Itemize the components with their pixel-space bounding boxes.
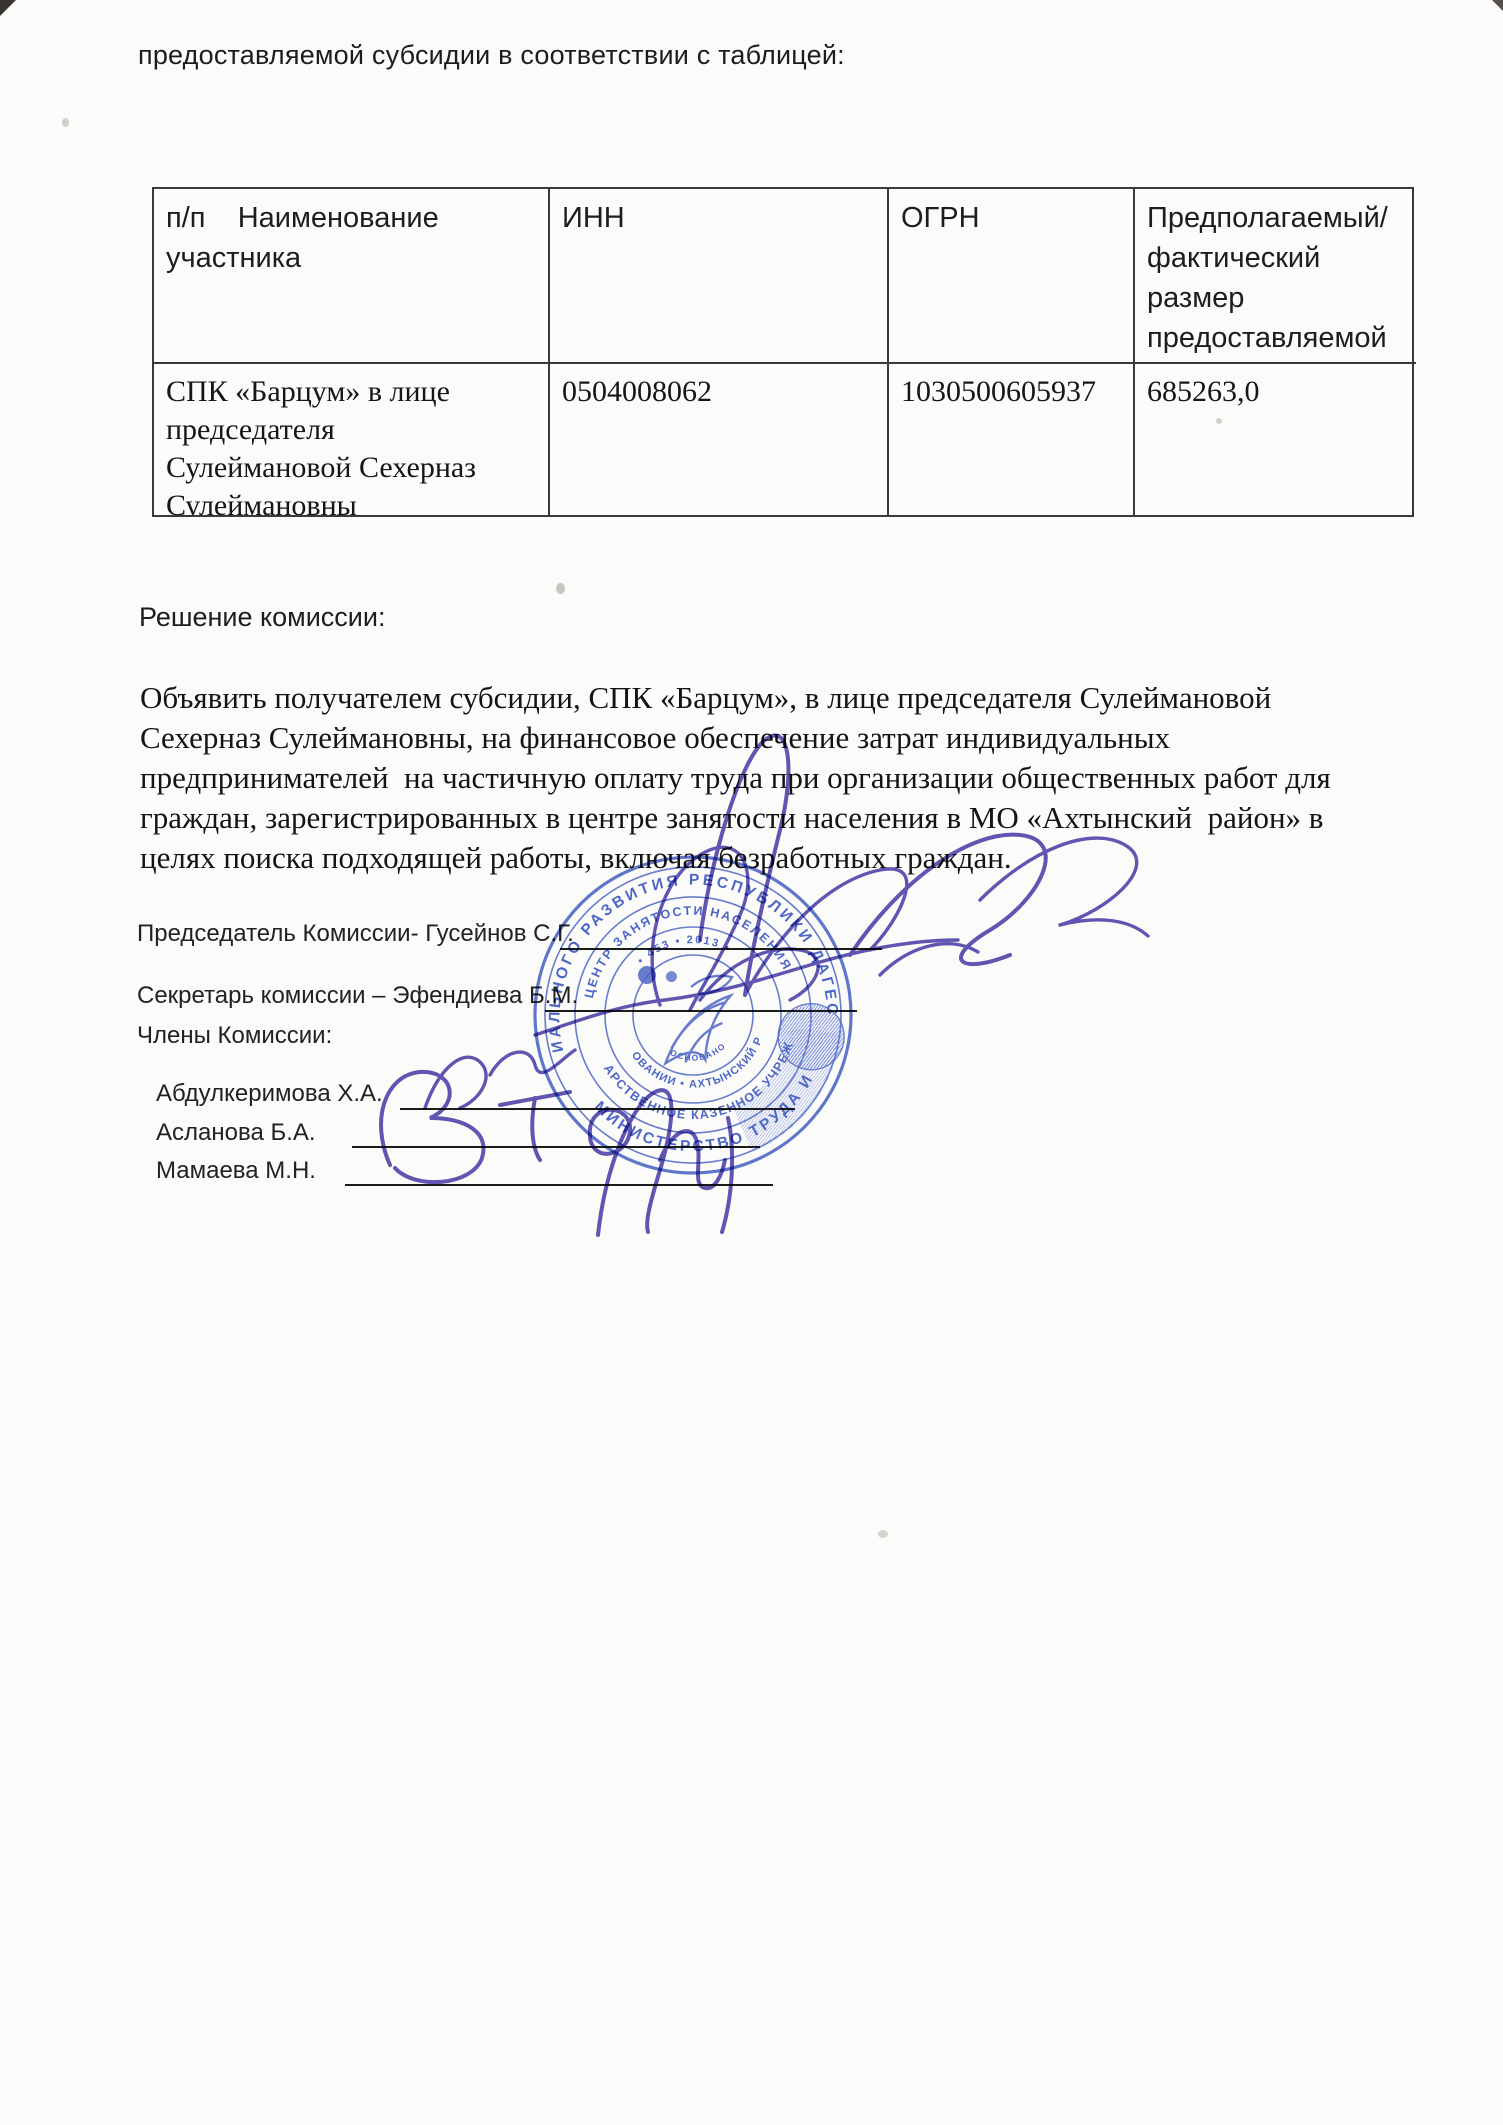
handwritten-signatures — [300, 700, 1200, 1260]
scanned-document-page: предоставляемой субсидии в соответствии … — [0, 0, 1503, 2125]
table-header-inn: ИНН — [550, 189, 889, 364]
member-label: Асланова Б.А. — [156, 1119, 316, 1147]
scan-speckle — [556, 583, 565, 594]
table-header-ogrn: ОГРН — [889, 189, 1135, 364]
scan-speckle — [1216, 418, 1222, 424]
scan-corner-artifact — [0, 0, 16, 16]
table-header-subsidy: Предполагаемый/ фактический размер предо… — [1135, 189, 1416, 364]
scan-speckle — [878, 1530, 888, 1538]
scan-corner-artifact — [1492, 0, 1503, 11]
table-header-participant: п/п Наименование участника — [154, 189, 550, 364]
chairman-signature — [652, 736, 1148, 1010]
scan-speckle — [62, 118, 69, 127]
decision-heading: Решение комиссии: — [139, 602, 385, 633]
intro-text: предоставляемой субсидии в соответствии … — [138, 40, 845, 71]
table-cell-ogrn: 1030500605937 — [889, 364, 1135, 515]
table-cell-subsidy: 685263,0 — [1135, 364, 1416, 515]
subsidy-table: п/п Наименование участника ИНН ОГРН Пред… — [152, 187, 1414, 517]
member2-signature — [381, 1072, 630, 1182]
member-label: Мамаева М.Н. — [156, 1157, 316, 1185]
secretary-signature — [535, 940, 978, 1035]
table-cell-inn: 0504008062 — [550, 364, 889, 515]
table-cell-participant: СПК «Барцум» в лице председателя Сулейма… — [154, 364, 550, 515]
